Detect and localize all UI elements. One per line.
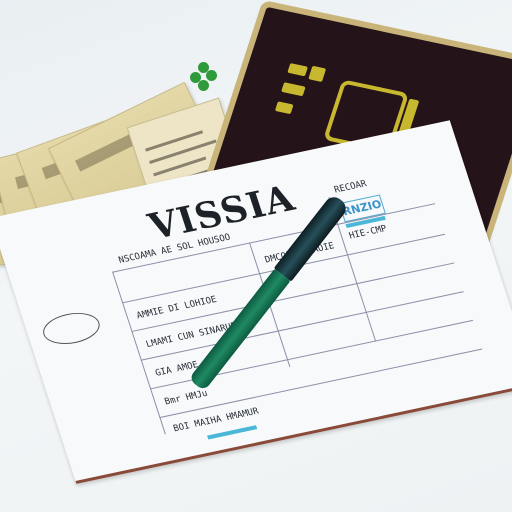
- form-label: RECOAR: [333, 179, 368, 195]
- form-label: HIE-CMP: [348, 224, 388, 241]
- form-line: AMMIE DI LOHIOE: [136, 295, 219, 321]
- leaf-sketch-icon: [39, 308, 104, 349]
